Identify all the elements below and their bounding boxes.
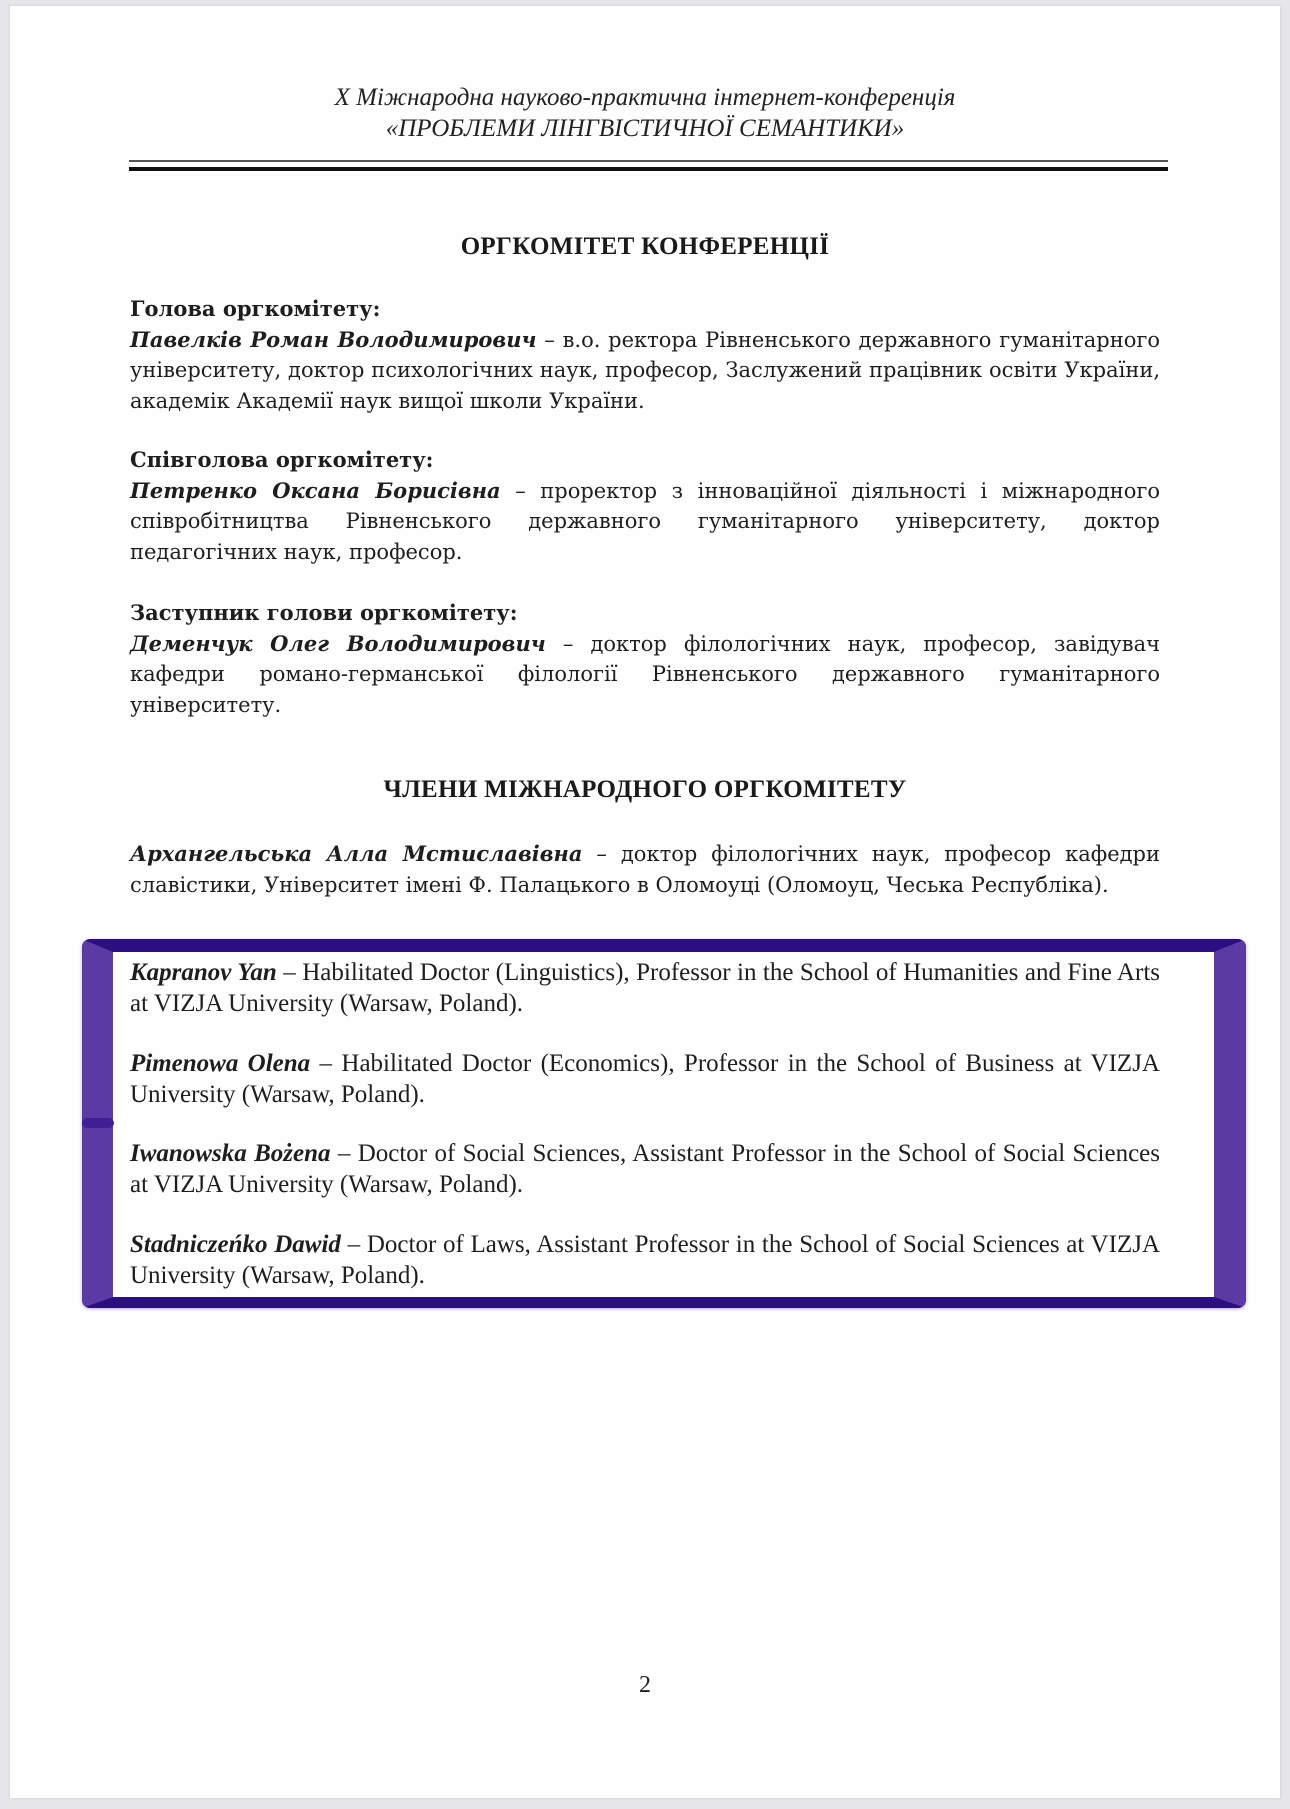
- header-rule-thin: [129, 160, 1168, 162]
- conference-subtitle: «ПРОБЛЕМИ ЛІНГВІСТИЧНОЇ СЕМАНТИКИ»: [0, 114, 1290, 144]
- entry-name: Петренко Оксана Борисівна: [130, 478, 501, 503]
- entry-label: Голова оргкомітету:: [130, 294, 1160, 325]
- conference-title: X Міжнародна науково-практична інтернет-…: [0, 83, 1290, 113]
- entry-name: Павелків Роман Володимирович: [130, 327, 536, 352]
- member-entry-highlighted: Kapranov Yan – Habilitated Doctor (Lingu…: [130, 958, 1160, 1019]
- page-number: 2: [0, 1672, 1290, 1699]
- section-title-orgcommittee: ОРГКОМІТЕТ КОНФЕРЕНЦІЇ: [0, 232, 1290, 262]
- entry-text: – Habilitated Doctor (Linguistics), Prof…: [130, 959, 1160, 1017]
- member-entry: Архангельська Алла Мстиславівна – доктор…: [130, 839, 1160, 900]
- entry-deputy-chair: Заступник голови оргкомітету: Деменчук О…: [130, 598, 1160, 720]
- member-entry-highlighted: Stadniczeńko Dawid – Doctor of Laws, Ass…: [130, 1230, 1160, 1291]
- entry-name: Kapranov Yan: [130, 959, 277, 986]
- header-rule-thick: [129, 167, 1168, 171]
- entry-name: Деменчук Олег Володимирович: [130, 631, 546, 656]
- entry-chair: Голова оргкомітету: Павелків Роман Волод…: [130, 294, 1160, 416]
- section-title-international-members: ЧЛЕНИ МІЖНАРОДНОГО ОРГКОМІТЕТУ: [0, 775, 1290, 805]
- entry-name: Архангельська Алла Мстиславівна: [130, 841, 582, 866]
- member-entry-highlighted: Pimenowa Olena – Habilitated Doctor (Eco…: [130, 1049, 1160, 1110]
- entry-label: Співголова оргкомітету:: [130, 445, 1160, 476]
- entry-co-chair: Співголова оргкомітету: Петренко Оксана …: [130, 445, 1160, 567]
- entry-label: Заступник голови оргкомітету:: [130, 598, 1160, 629]
- entry-name: Pimenowa Olena: [130, 1050, 310, 1077]
- highlight-mark: [82, 1118, 114, 1128]
- member-entry-highlighted: Iwanowska Bożena – Doctor of Social Scie…: [130, 1139, 1160, 1200]
- document-page: [10, 6, 1280, 1798]
- entry-name: Stadniczeńko Dawid: [130, 1231, 341, 1258]
- entry-name: Iwanowska Bożena: [130, 1140, 330, 1167]
